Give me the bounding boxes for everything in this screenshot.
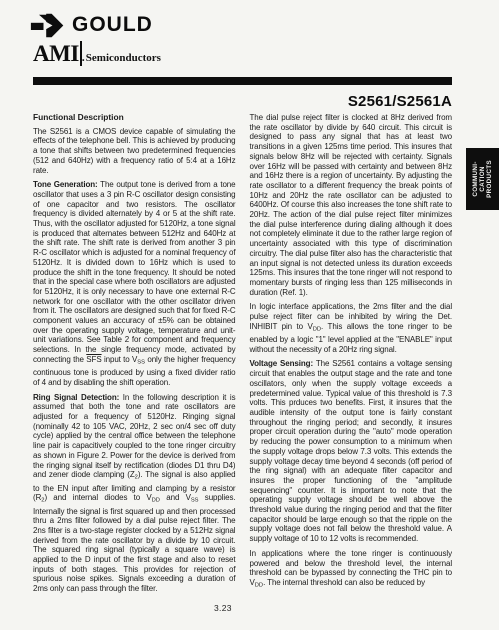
side-tab-line: COMMUNI- bbox=[472, 149, 479, 209]
paragraph: In applications where the tone ringer is… bbox=[250, 549, 453, 591]
side-tab-line: CATION bbox=[479, 149, 486, 209]
paragraph: The S2561 is a CMOS device capable of si… bbox=[33, 127, 236, 176]
ami-semiconductors-label: Semiconductors bbox=[86, 52, 161, 64]
datasheet-page: { "colors":{"ink":"#1c1c1c","paper":"#f5… bbox=[0, 0, 499, 630]
ami-wordmark: AMI bbox=[33, 41, 82, 66]
gould-wordmark: GOULD bbox=[72, 13, 153, 37]
side-tab-line: PRODUCTS bbox=[486, 149, 493, 209]
side-tab-label: COMMUNI- CATION PRODUCTS bbox=[472, 149, 494, 209]
ami-separator: . bbox=[82, 50, 85, 64]
right-column: The dial pulse reject filter is clocked … bbox=[250, 113, 453, 605]
side-tab: COMMUNI- CATION PRODUCTS bbox=[466, 148, 499, 210]
paragraph: The dial pulse reject filter is clocked … bbox=[250, 113, 453, 297]
paragraph: In logic interface applications, the 2ms… bbox=[250, 302, 453, 354]
functional-description-heading: Functional Description bbox=[33, 113, 236, 123]
gould-arrow-logo-icon bbox=[29, 12, 67, 39]
paragraph: Tone Generation: The output tone is deri… bbox=[33, 180, 236, 387]
article-body: Functional Description The S2561 is a CM… bbox=[33, 113, 452, 605]
ami-brand-line: AMI.Semiconductors bbox=[33, 41, 161, 67]
paragraph: Voltage Sensing: The S2561 contains a vo… bbox=[250, 359, 453, 543]
header-rule bbox=[33, 77, 452, 85]
page-number: 3.23 bbox=[214, 603, 232, 613]
left-column: Functional Description The S2561 is a CM… bbox=[33, 113, 236, 605]
paragraph: Ring Signal Detection: In the following … bbox=[33, 393, 236, 594]
part-number-title: S2561/S2561A bbox=[33, 93, 452, 110]
